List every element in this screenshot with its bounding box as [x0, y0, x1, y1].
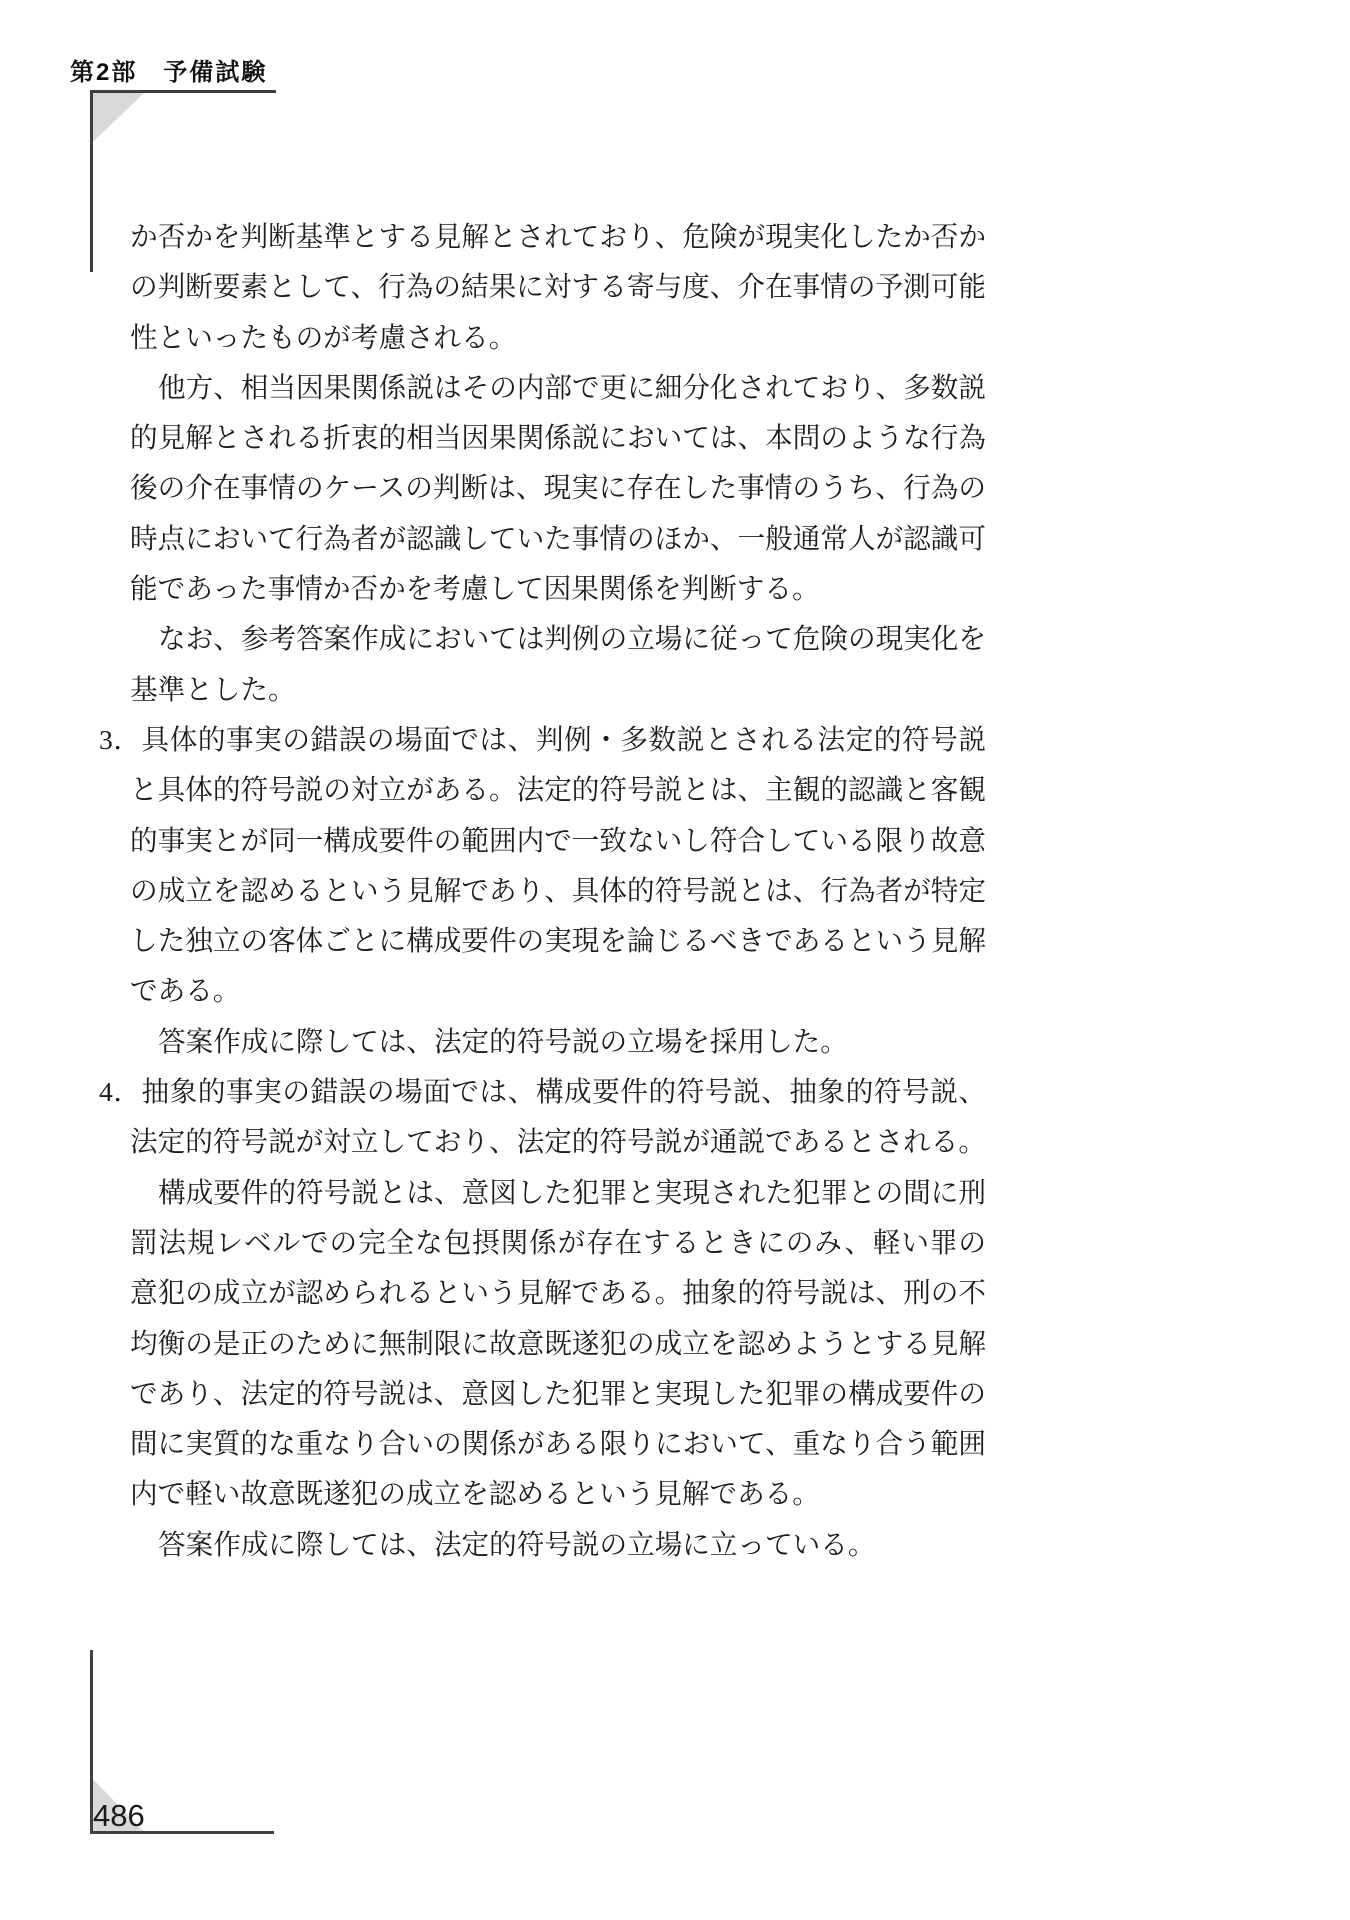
text-line: か否かを判断基準とする見解とされており、危険が現実化したか否か: [130, 212, 986, 262]
text-line: 他方、相当因果関係説はその内部で更に細分化されており、多数説: [158, 363, 986, 413]
text-line: 答案作成に際しては、法定的符号説の立場を採用した。: [158, 1017, 986, 1067]
text-line: なお、参考答案作成においては判例の立場に従って危険の現実化を: [158, 614, 986, 664]
body-text-column: か否かを判断基準とする見解とされており、危険が現実化したか否か の判断要素として…: [130, 212, 986, 1570]
page-number: 486: [93, 1798, 145, 1834]
text-line: した独立の客体ごとに構成要件の実現を論じるべきであるという見解: [130, 916, 986, 966]
text-line: 基準とした。: [130, 665, 986, 715]
book-page: 第2部 予備試験 か否かを判断基準とする見解とされており、危険が現実化したか否か…: [0, 0, 1350, 1920]
text-line: 答案作成に際しては、法定的符号説の立場に立っている。: [158, 1520, 986, 1570]
text-line: 間に実質的な重なり合いの関係がある限りにおいて、重なり合う範囲: [130, 1419, 986, 1469]
text-line: 均衡の是正のために無制限に故意既遂犯の成立を認めようとする見解: [130, 1319, 986, 1369]
text-line: であり、法定的符号説は、意図した犯罪と実現した犯罪の構成要件の: [130, 1369, 986, 1419]
text-line: 的見解とされる折衷的相当因果関係説においては、本問のような行為: [130, 413, 986, 463]
text-line: 能であった事情か否かを考慮して因果関係を判断する。: [130, 564, 986, 614]
text-line: の判断要素として、行為の結果に対する寄与度、介在事情の予測可能: [130, 262, 986, 312]
text-line: 罰法規レベルでの完全な包摂関係が存在するときにのみ、軽い罪の故: [130, 1218, 986, 1268]
text-line: 内で軽い故意既遂犯の成立を認めるという見解である。: [130, 1469, 986, 1519]
text-line: 後の介在事情のケースの判断は、現実に存在した事情のうち、行為の: [130, 463, 986, 513]
text-line: である。: [130, 966, 986, 1016]
text-line: 構成要件的符号説とは、意図した犯罪と実現された犯罪との間に刑: [158, 1168, 986, 1218]
text-line: 意犯の成立が認められるという見解である。抽象的符号説は、刑の不: [130, 1268, 986, 1318]
text-line-item-3: 3．具体的事実の錯誤の場面では、判例・多数説とされる法定的符号説: [99, 715, 986, 765]
top-corner-triangle: [93, 93, 144, 142]
text-line-item-4: 4．抽象的事実の錯誤の場面では、構成要件的符号説、抽象的符号説、: [99, 1067, 986, 1117]
text-line: 法定的符号説が対立しており、法定的符号説が通説であるとされる。: [130, 1117, 986, 1167]
text-line: と具体的符号説の対立がある。法定的符号説とは、主観的認識と客観: [130, 765, 986, 815]
text-line: 時点において行為者が認識していた事情のほか、一般通常人が認識可: [130, 514, 986, 564]
text-line: の成立を認めるという見解であり、具体的符号説とは、行為者が特定: [130, 866, 986, 916]
page-header-title: 第2部 予備試験: [70, 52, 267, 87]
text-line: 的事実とが同一構成要件の範囲内で一致ないし符合している限り故意: [130, 816, 986, 866]
text-line: 性といったものが考慮される。: [130, 313, 986, 363]
